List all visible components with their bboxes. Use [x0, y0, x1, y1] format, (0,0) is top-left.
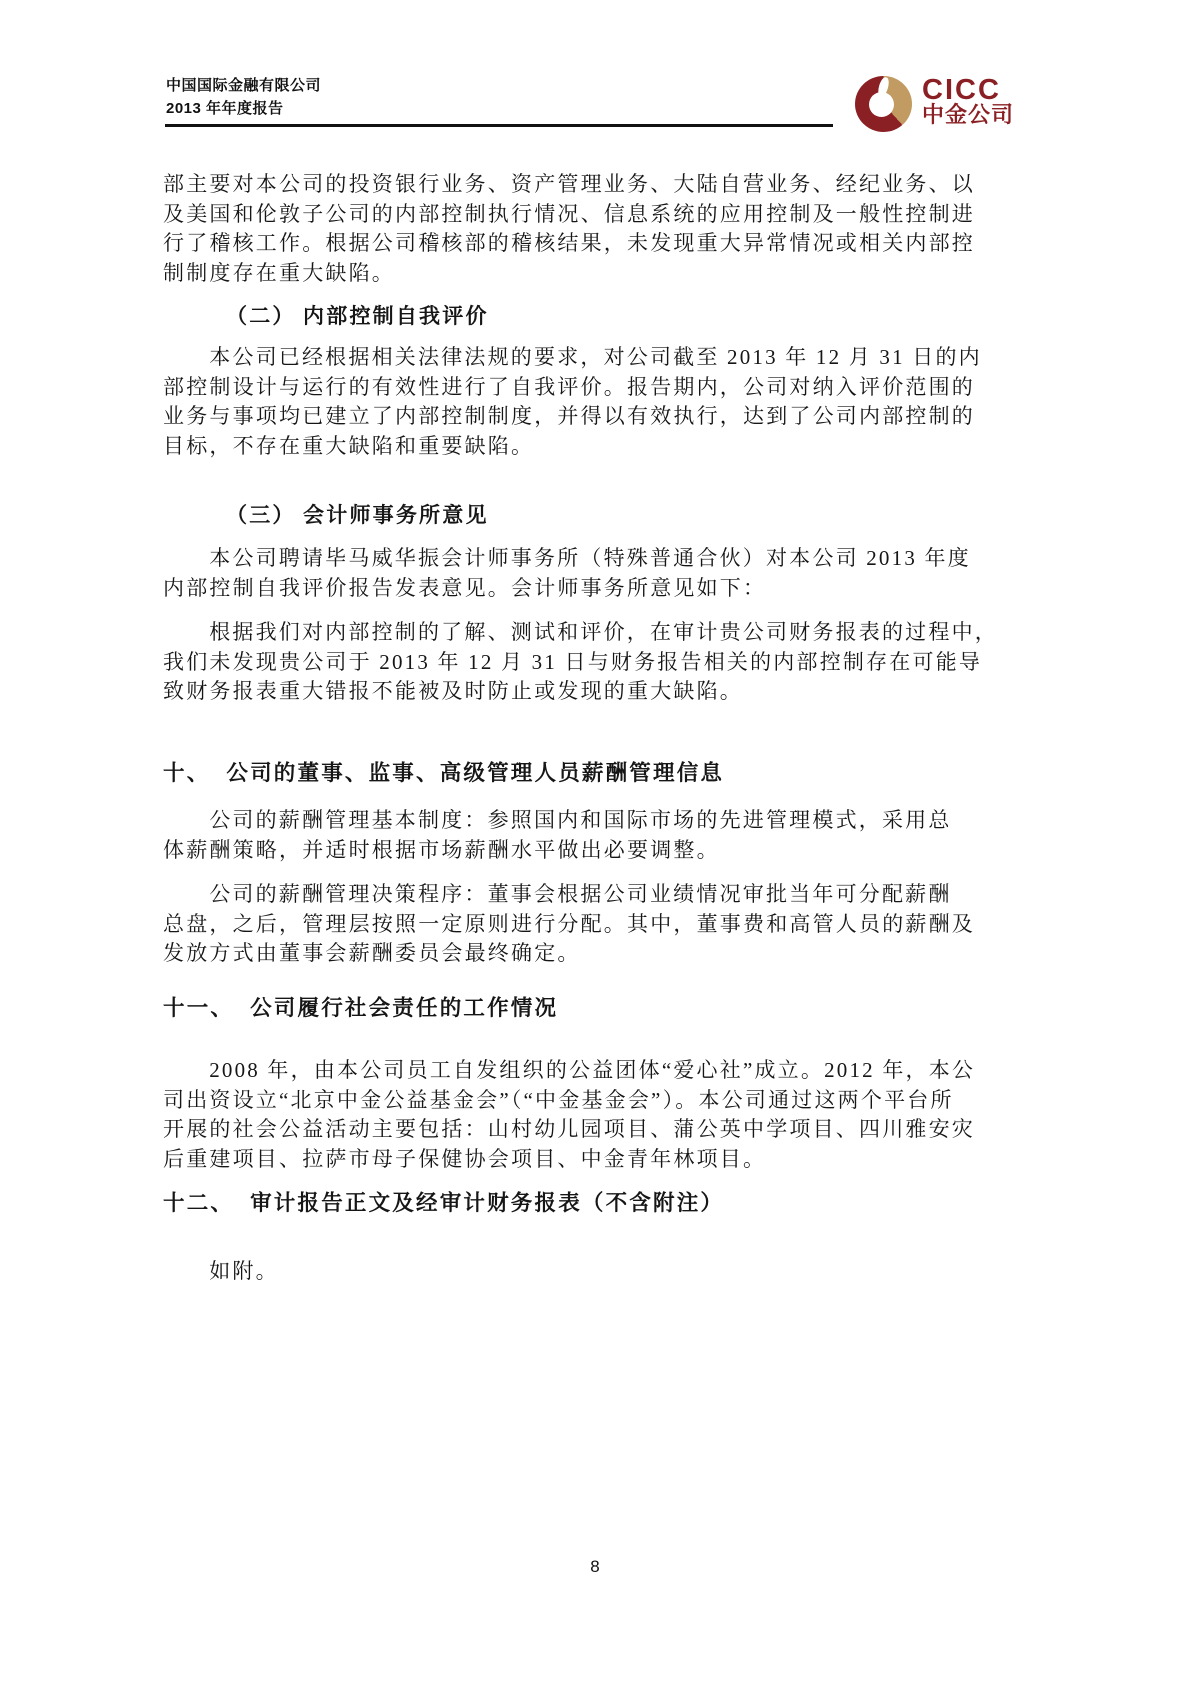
section-10-number: 十、	[163, 759, 210, 789]
paragraph-compensation-procedure: 公司的薪酬管理决策程序：董事会根据公司业绩情况审批当年可分配薪酬 总盘，之后，管…	[163, 880, 1033, 969]
cicc-logo-icon	[855, 76, 912, 132]
heading-section-12: 十二、 审计报告正文及经审计财务报表（不含附注）	[163, 1189, 1033, 1219]
section-12-number: 十二、	[163, 1189, 234, 1219]
heading-internal-control-self-evaluation: （二） 内部控制自我评价	[226, 302, 1033, 332]
section-12-title: 审计报告正文及经审计财务报表（不含附注）	[250, 1189, 724, 1219]
logo-wordmark-cn: 中金公司	[922, 103, 1014, 127]
report-page: 中国国际金融有限公司 2013 年年度报告 CICC 中金公司 部主要对本公司的…	[0, 0, 1190, 1684]
header: 中国国际金融有限公司 2013 年年度报告	[166, 74, 321, 120]
header-company-name: 中国国际金融有限公司	[166, 74, 321, 97]
heading-section-10: 十、 公司的董事、监事、高级管理人员薪酬管理信息	[163, 759, 1033, 789]
paragraph-self-evaluation: 本公司已经根据相关法律法规的要求，对公司截至 2013 年 12 月 31 日的…	[163, 343, 1033, 461]
heading-accountant-opinion: （三） 会计师事务所意见	[226, 501, 1033, 531]
page-number: 8	[0, 1557, 1190, 1577]
section-10-title: 公司的董事、监事、高级管理人员薪酬管理信息	[226, 759, 724, 789]
section-11-title: 公司履行社会责任的工作情况	[250, 994, 558, 1024]
paragraph-continued: 部主要对本公司的投资银行业务、资产管理业务、大陆自营业务、经纪业务、以 及美国和…	[163, 170, 1033, 288]
section-11-number: 十一、	[163, 994, 234, 1024]
header-report-title: 2013 年年度报告	[166, 97, 321, 120]
paragraph-accountant-opinion: 根据我们对内部控制的了解、测试和评价，在审计贵公司财务报表的过程中， 我们未发现…	[163, 618, 1033, 707]
paragraph-accountant-engagement: 本公司聘请毕马威华振会计师事务所（特殊普通合伙）对本公司 2013 年度 内部控…	[163, 544, 1033, 603]
heading-section-11: 十一、 公司履行社会责任的工作情况	[163, 994, 1033, 1024]
paragraph-compensation-policy: 公司的薪酬管理基本制度：参照国内和国际市场的先进管理模式，采用总 体薪酬策略，并…	[163, 806, 1033, 865]
paragraph-social-responsibility: 2008 年，由本公司员工自发组织的公益团体“爱心社”成立。2012 年，本公 …	[163, 1056, 1033, 1174]
header-rule	[165, 124, 833, 127]
paragraph-attached: 如附。	[163, 1257, 1033, 1287]
logo-wordmark: CICC	[922, 76, 1001, 104]
